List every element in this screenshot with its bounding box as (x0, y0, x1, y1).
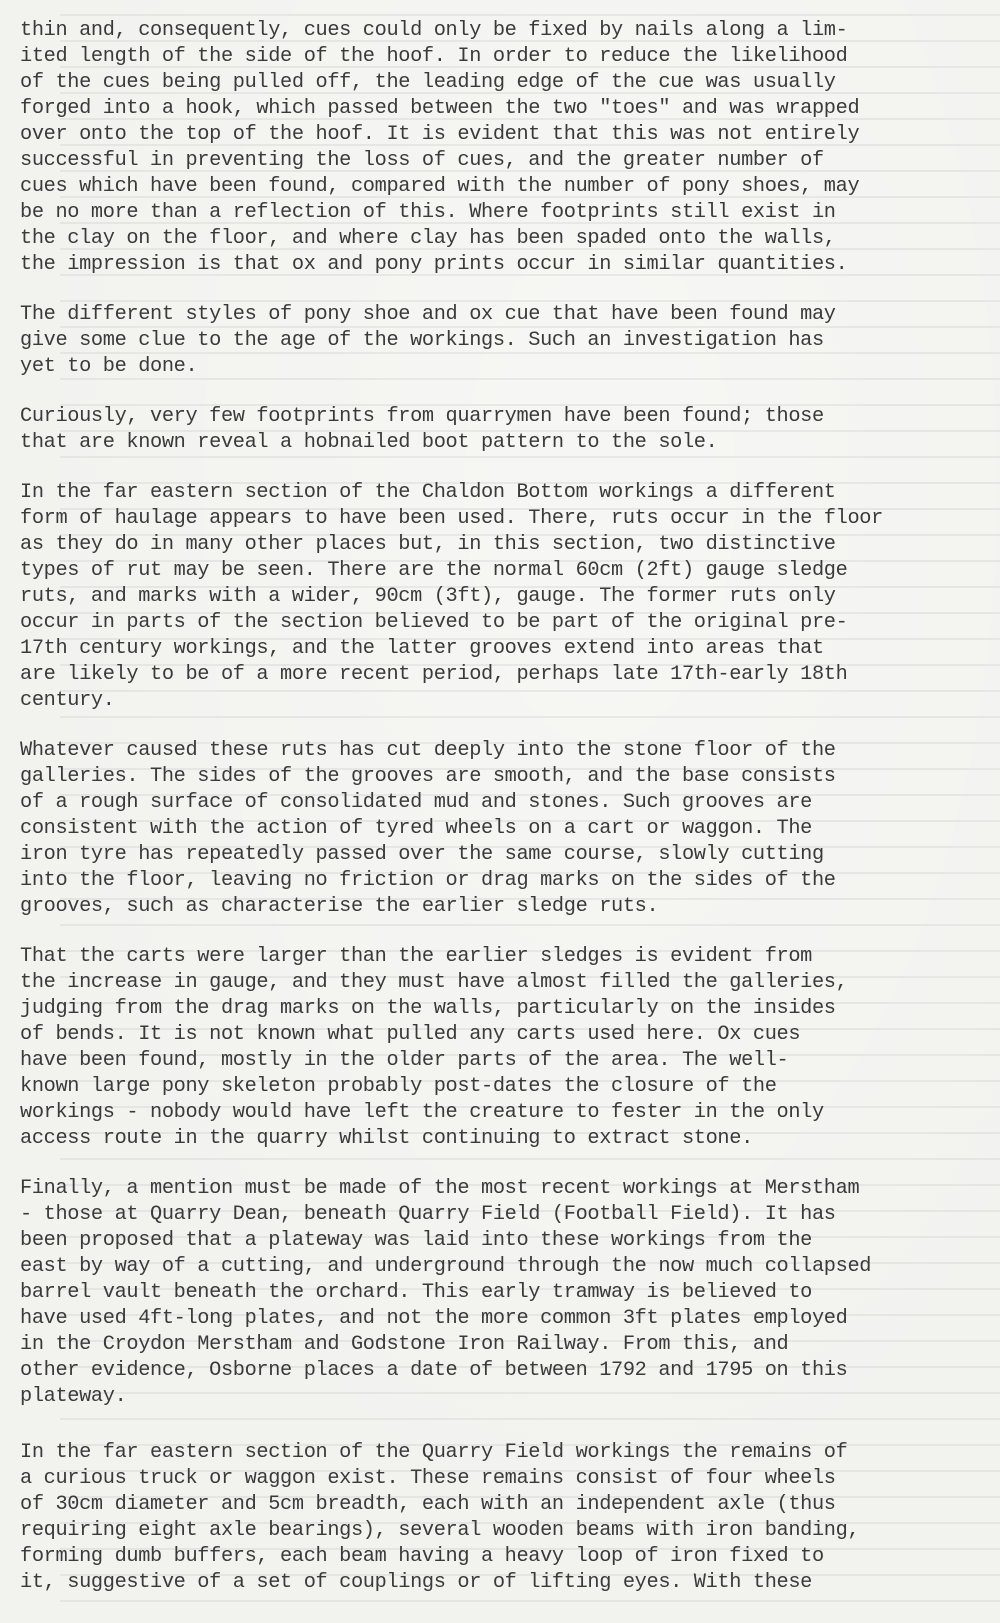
text-line: of bends. It is not known what pulled an… (20, 1022, 980, 1048)
text-line: the increase in gauge, and they must hav… (20, 970, 980, 996)
document-body: thin and, consequently, cues could only … (20, 18, 980, 1596)
text-line: cues which have been found, compared wit… (20, 174, 980, 200)
text-line: known large pony skeleton probably post-… (20, 1074, 980, 1100)
text-line: In the far eastern section of the Quarry… (20, 1440, 980, 1466)
paragraph-gap (20, 1152, 980, 1176)
paragraph-ruts: Whatever caused these ruts has cut deepl… (20, 738, 980, 920)
paragraph-gap (20, 278, 980, 302)
text-line: Finally, a mention must be made of the m… (20, 1176, 980, 1202)
paragraph-chaldon-haulage: In the far eastern section of the Chaldo… (20, 480, 980, 714)
text-line: have been found, mostly in the older par… (20, 1048, 980, 1074)
text-line: judging from the drag marks on the walls… (20, 996, 980, 1022)
text-line: of a rough surface of consolidated mud a… (20, 790, 980, 816)
text-line: in the Croydon Merstham and Godstone Iro… (20, 1332, 980, 1358)
text-line: - those at Quarry Dean, beneath Quarry F… (20, 1202, 980, 1228)
text-line: into the floor, leaving no friction or d… (20, 868, 980, 894)
text-line: iron tyre has repeatedly passed over the… (20, 842, 980, 868)
paragraph-carts: That the carts were larger than the earl… (20, 944, 980, 1152)
text-line: In the far eastern section of the Chaldo… (20, 480, 980, 506)
text-line: century. (20, 688, 980, 714)
text-line: that are known reveal a hobnailed boot p… (20, 430, 980, 456)
text-line: types of rut may be seen. There are the … (20, 558, 980, 584)
paragraph-gap (20, 380, 980, 404)
paragraph-gap (20, 920, 980, 944)
text-line: workings - nobody would have left the cr… (20, 1100, 980, 1126)
text-line: grooves, such as characterise the earlie… (20, 894, 980, 920)
text-line: forming dumb buffers, each beam having a… (20, 1544, 980, 1570)
text-line: other evidence, Osborne places a date of… (20, 1358, 980, 1384)
text-line: have used 4ft-long plates, and not the m… (20, 1306, 980, 1332)
text-line: are likely to be of a more recent period… (20, 662, 980, 688)
text-line: the impression is that ox and pony print… (20, 252, 980, 278)
paragraph-gap (20, 1410, 980, 1440)
text-line: galleries. The sides of the grooves are … (20, 764, 980, 790)
text-line: be no more than a reflection of this. Wh… (20, 200, 980, 226)
paragraph-truck: In the far eastern section of the Quarry… (20, 1440, 980, 1596)
paragraph-styles: The different styles of pony shoe and ox… (20, 302, 980, 380)
text-line: 17th century workings, and the latter gr… (20, 636, 980, 662)
text-line: The different styles of pony shoe and ox… (20, 302, 980, 328)
text-line: That the carts were larger than the earl… (20, 944, 980, 970)
text-line: the clay on the floor, and where clay ha… (20, 226, 980, 252)
text-line: been proposed that a plateway was laid i… (20, 1228, 980, 1254)
text-line: plateway. (20, 1384, 980, 1410)
text-line: thin and, consequently, cues could only … (20, 18, 980, 44)
text-line: occur in parts of the section believed t… (20, 610, 980, 636)
text-line: ited length of the side of the hoof. In … (20, 44, 980, 70)
text-line: consistent with the action of tyred whee… (20, 816, 980, 842)
paragraph-gap (20, 456, 980, 480)
text-line: forged into a hook, which passed between… (20, 96, 980, 122)
text-line: as they do in many other places but, in … (20, 532, 980, 558)
text-line: east by way of a cutting, and undergroun… (20, 1254, 980, 1280)
text-line: access route in the quarry whilst contin… (20, 1126, 980, 1152)
text-line: ruts, and marks with a wider, 90cm (3ft)… (20, 584, 980, 610)
text-line: requiring eight axle bearings), several … (20, 1518, 980, 1544)
text-line: yet to be done. (20, 354, 980, 380)
text-line: Whatever caused these ruts has cut deepl… (20, 738, 980, 764)
text-line: barrel vault beneath the orchard. This e… (20, 1280, 980, 1306)
paragraph-cues: thin and, consequently, cues could only … (20, 18, 980, 278)
text-line: it, suggestive of a set of couplings or … (20, 1570, 980, 1596)
text-line: Curiously, very few footprints from quar… (20, 404, 980, 430)
text-line: give some clue to the age of the working… (20, 328, 980, 354)
text-line: form of haulage appears to have been use… (20, 506, 980, 532)
text-line: over onto the top of the hoof. It is evi… (20, 122, 980, 148)
paragraph-gap (20, 714, 980, 738)
text-line: successful in preventing the loss of cue… (20, 148, 980, 174)
text-line: a curious truck or waggon exist. These r… (20, 1466, 980, 1492)
paragraph-merstham-plateway: Finally, a mention must be made of the m… (20, 1176, 980, 1410)
text-line: of 30cm diameter and 5cm breadth, each w… (20, 1492, 980, 1518)
document-page: thin and, consequently, cues could only … (0, 0, 1000, 1623)
paragraph-footprints: Curiously, very few footprints from quar… (20, 404, 980, 456)
text-line: of the cues being pulled off, the leadin… (20, 70, 980, 96)
